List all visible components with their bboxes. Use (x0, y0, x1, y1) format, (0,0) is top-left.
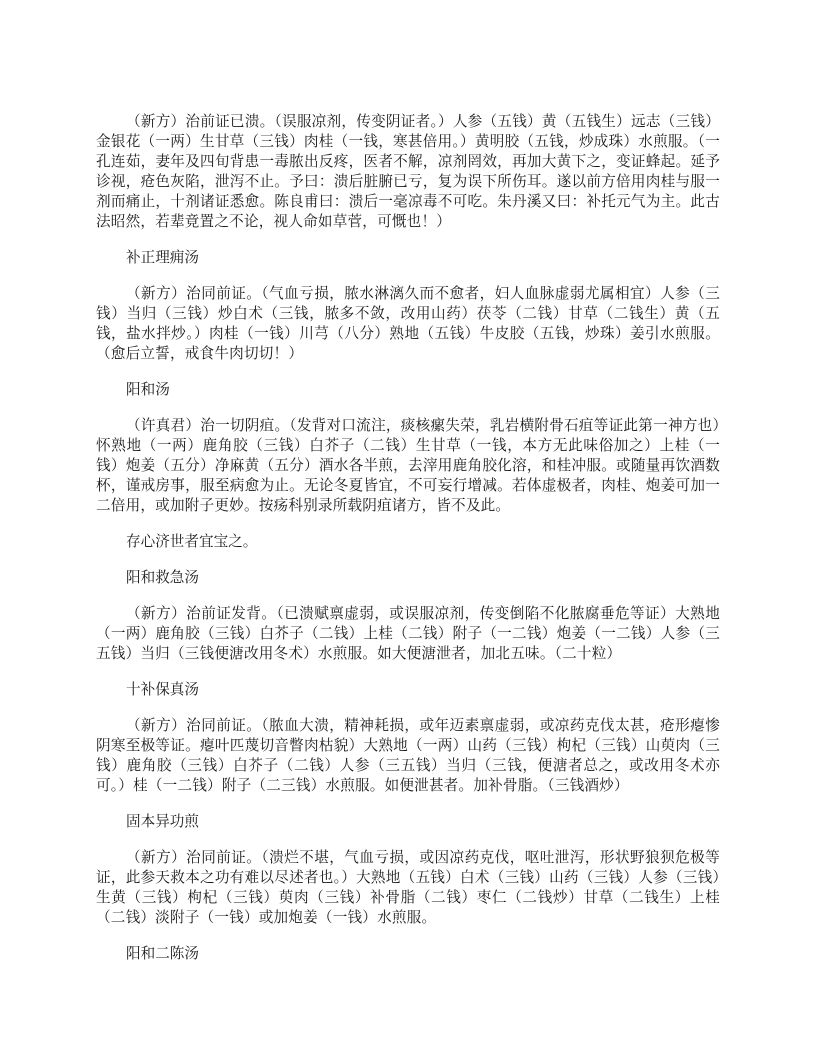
paragraph-formula-text: （新方）治前证已溃。（误服凉剂，传变阴证者。）人参（五钱）黄（五钱生）远志（三钱… (96, 112, 720, 232)
paragraph-formula-text: （许真君）治一切阴疽。（发背对口流注，痰核瘰失荣，乳岩横附骨石疽等证此第一神方也… (96, 416, 720, 516)
paragraph-formula-text: （新方）治同前证。（溃烂不堪，气血亏损，或因凉药克伐，呕吐泄泻，形状野狼狈危极等… (96, 848, 720, 928)
document-page: （新方）治前证已溃。（误服凉剂，传变阴证者。）人参（五钱）黄（五钱生）远志（三钱… (96, 112, 720, 980)
formula-heading: 阳和二陈汤 (96, 944, 720, 964)
formula-heading: 补正理痈汤 (96, 248, 720, 268)
paragraph-formula-text: （新方）治同前证。（脓血大溃，精神耗损，或年迈素禀虚弱，或凉药克伐太甚，疮形瘪惨… (96, 716, 720, 796)
formula-heading: 阳和救急汤 (96, 568, 720, 588)
paragraph-formula-text: （新方）治前证发背。（已溃赋禀虚弱，或误服凉剂，传变倒陷不化脓腐垂危等证）大熟地… (96, 604, 720, 664)
formula-heading: 固本异功煎 (96, 812, 720, 832)
formula-heading: 十补保真汤 (96, 680, 720, 700)
paragraph-note: 存心济世者宜宝之。 (96, 532, 720, 552)
formula-heading: 阳和汤 (96, 380, 720, 400)
paragraph-formula-text: （新方）治同前证。（气血亏损，脓水淋漓久而不愈者，妇人血脉虚弱尤属相宜）人参（三… (96, 284, 720, 364)
